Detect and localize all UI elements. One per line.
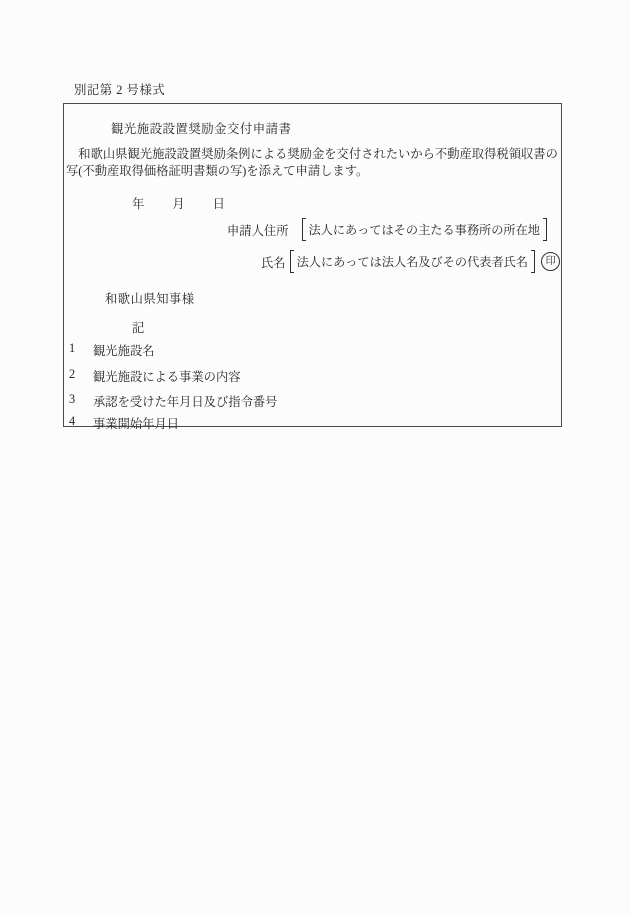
ki-section-label: 記 xyxy=(132,318,144,336)
form-number-label: 別記第 2 号様式 xyxy=(74,80,165,98)
list-item: 1 観光施設名 xyxy=(69,341,155,359)
year-label: 年 xyxy=(132,194,144,212)
list-item: 2 観光施設による事業の内容 xyxy=(69,367,241,385)
item-number: 3 xyxy=(69,392,93,410)
month-label: 月 xyxy=(172,194,184,212)
applicant-name-row: 氏名 法人にあっては法人名及びその代表者氏名 印 xyxy=(261,250,560,273)
document-page: 別記第 2 号様式 観光施設設置奨励金交付申請書 和歌山県観光施設設置奨励条例に… xyxy=(0,0,630,915)
document-title: 観光施設設置奨励金交付申請書 xyxy=(111,119,291,137)
list-item: 4 事業開始年月日 xyxy=(69,414,179,432)
item-text: 承認を受けた年月日及び指令番号 xyxy=(93,392,277,410)
name-label: 氏名 xyxy=(261,253,286,271)
date-line: 年 月 日 xyxy=(132,194,225,212)
item-number: 2 xyxy=(69,367,93,385)
item-number: 1 xyxy=(69,341,93,359)
left-bracket xyxy=(290,250,294,273)
left-bracket xyxy=(302,218,306,241)
item-number: 4 xyxy=(69,414,93,432)
applicant-address-note: 法人にあってはその主たる事務所の所在地 xyxy=(309,221,540,238)
item-text: 事業開始年月日 xyxy=(93,414,179,432)
item-text: 観光施設名 xyxy=(93,341,155,359)
right-bracket xyxy=(531,250,535,273)
list-item: 3 承認を受けた年月日及び指令番号 xyxy=(69,392,277,410)
seal-mark-icon: 印 xyxy=(541,252,560,271)
applicant-address-label: 申請人住所 xyxy=(227,221,289,239)
body-paragraph: 和歌山県観光施設設置奨励条例による奨励金を交付されたいから不動産取得税領収書の写… xyxy=(66,146,561,179)
item-text: 観光施設による事業の内容 xyxy=(93,367,241,385)
applicant-address-row: 申請人住所 法人にあってはその主たる事務所の所在地 xyxy=(227,218,547,241)
right-bracket xyxy=(543,218,547,241)
name-note: 法人にあっては法人名及びその代表者氏名 xyxy=(297,253,528,270)
addressee-line: 和歌山県知事様 xyxy=(105,289,195,307)
day-label: 日 xyxy=(213,194,225,212)
